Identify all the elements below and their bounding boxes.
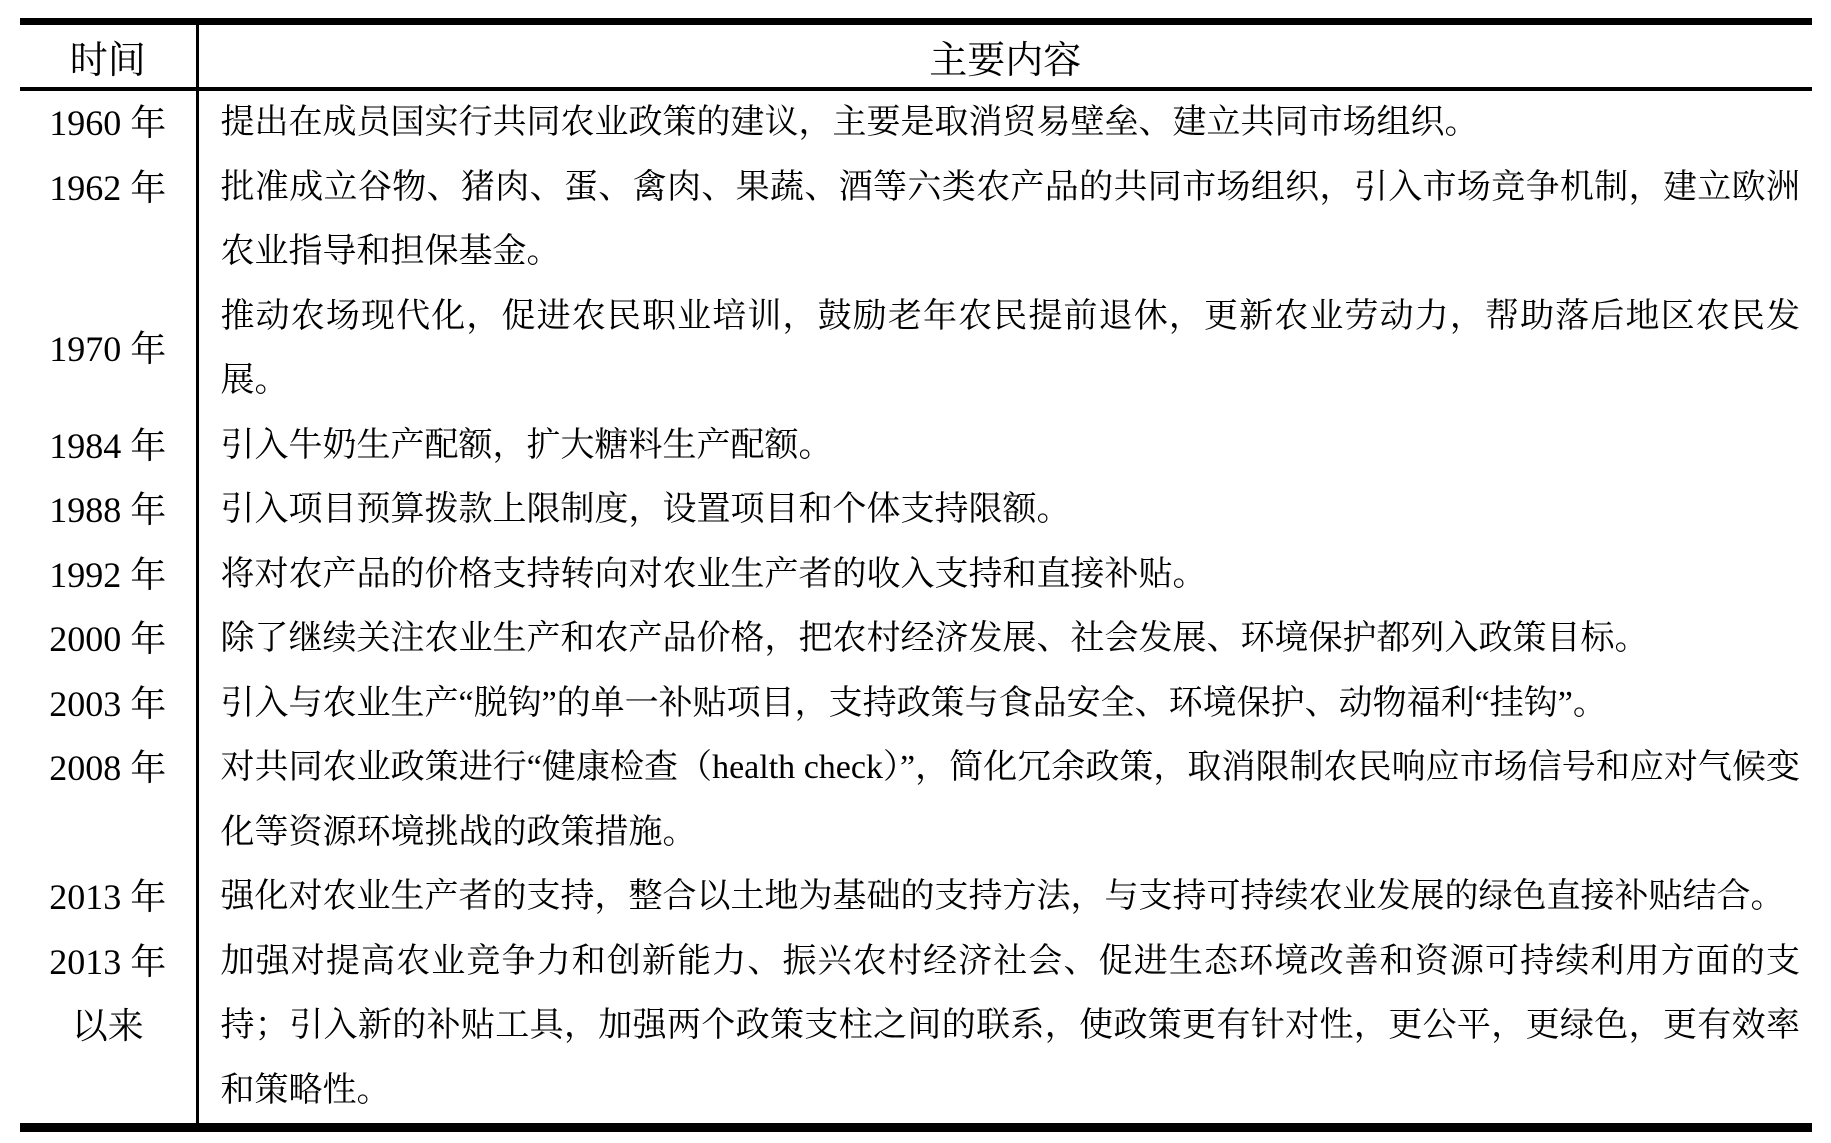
content-cell: 推动农场现代化，促进农民职业培训，鼓励老年农民提前退休，更新农业劳动力，帮助落后… xyxy=(197,285,1812,414)
column-header-time: 时间 xyxy=(20,22,197,90)
content-cell: 引入与农业生产“脱钩”的单一补贴项目，支持政策与食品安全、环境保护、动物福利“挂… xyxy=(197,672,1812,737)
table-row: 2013 年以来 加强对提高农业竞争力和创新能力、振兴农村经济社会、促进生态环境… xyxy=(20,930,1812,1128)
year-cell: 1970 年 xyxy=(20,285,197,414)
content-cell: 引入项目预算拨款上限制度，设置项目和个体支持限额。 xyxy=(197,478,1812,543)
year-label: 1988 年 xyxy=(20,478,196,543)
content-cell: 对共同农业政策进行“健康检查（health check）”，简化冗余政策，取消限… xyxy=(197,736,1812,865)
year-cell: 2008 年 xyxy=(20,736,197,865)
document-page: 时间 主要内容 1960 年 提出在成员国实行共同农业政策的建议，主要是取消贸易… xyxy=(0,0,1831,1143)
table-row: 1960 年 提出在成员国实行共同农业政策的建议，主要是取消贸易壁垒、建立共同市… xyxy=(20,89,1812,156)
table-row: 2003 年 引入与农业生产“脱钩”的单一补贴项目，支持政策与食品安全、环境保护… xyxy=(20,672,1812,737)
table-row: 1984 年 引入牛奶生产配额，扩大糖料生产配额。 xyxy=(20,414,1812,479)
table-row: 2008 年 对共同农业政策进行“健康检查（health check）”，简化冗… xyxy=(20,736,1812,865)
year-cell: 1962 年 xyxy=(20,156,197,285)
table-row: 1992 年 将对农产品的价格支持转向对农业生产者的收入支持和直接补贴。 xyxy=(20,543,1812,608)
column-header-main-content: 主要内容 xyxy=(197,22,1812,90)
content-cell: 除了继续关注农业生产和农产品价格，把农村经济发展、社会发展、环境保护都列入政策目… xyxy=(197,607,1812,672)
table-row: 2013 年 强化对农业生产者的支持，整合以土地为基础的支持方法，与支持可持续农… xyxy=(20,865,1812,930)
year-cell: 1992 年 xyxy=(20,543,197,608)
year-cell: 2013 年 xyxy=(20,865,197,930)
table-header-row: 时间 主要内容 xyxy=(20,22,1812,90)
year-label: 1984 年 xyxy=(20,414,196,479)
year-cell: 1960 年 xyxy=(20,89,197,156)
year-label: 2013 年 xyxy=(20,930,196,995)
year-label: 1992 年 xyxy=(20,543,196,608)
year-label: 2013 年 xyxy=(20,865,196,930)
year-cell: 1984 年 xyxy=(20,414,197,479)
content-cell: 批准成立谷物、猪肉、蛋、禽肉、果蔬、酒等六类农产品的共同市场组织，引入市场竞争机… xyxy=(197,156,1812,285)
year-cell: 2000 年 xyxy=(20,607,197,672)
year-label: 2003 年 xyxy=(20,672,196,737)
year-label: 1960 年 xyxy=(20,91,196,156)
content-cell: 将对农产品的价格支持转向对农业生产者的收入支持和直接补贴。 xyxy=(197,543,1812,608)
table-row: 1962 年 批准成立谷物、猪肉、蛋、禽肉、果蔬、酒等六类农产品的共同市场组织，… xyxy=(20,156,1812,285)
table-row: 1970 年 推动农场现代化，促进农民职业培训，鼓励老年农民提前退休，更新农业劳… xyxy=(20,285,1812,414)
year-label: 1970 年 xyxy=(20,317,196,382)
content-cell: 提出在成员国实行共同农业政策的建议，主要是取消贸易壁垒、建立共同市场组织。 xyxy=(197,89,1812,156)
year-cell: 2013 年以来 xyxy=(20,930,197,1128)
content-cell: 加强对提高农业竞争力和创新能力、振兴农村经济社会、促进生态环境改善和资源可持续利… xyxy=(197,930,1812,1128)
table-body: 1960 年 提出在成员国实行共同农业政策的建议，主要是取消贸易壁垒、建立共同市… xyxy=(20,89,1812,1128)
content-cell: 强化对农业生产者的支持，整合以土地为基础的支持方法，与支持可持续农业发展的绿色直… xyxy=(197,865,1812,930)
year-label: 2008 年 xyxy=(20,736,196,801)
cap-policy-timeline-table: 时间 主要内容 1960 年 提出在成员国实行共同农业政策的建议，主要是取消贸易… xyxy=(20,18,1812,1132)
year-cell: 2003 年 xyxy=(20,672,197,737)
year-label: 1962 年 xyxy=(20,156,196,221)
table-row: 1988 年 引入项目预算拨款上限制度，设置项目和个体支持限额。 xyxy=(20,478,1812,543)
table-row: 2000 年 除了继续关注农业生产和农产品价格，把农村经济发展、社会发展、环境保… xyxy=(20,607,1812,672)
year-label: 以来 xyxy=(20,994,196,1059)
content-cell: 引入牛奶生产配额，扩大糖料生产配额。 xyxy=(197,414,1812,479)
year-label: 2000 年 xyxy=(20,607,196,672)
year-cell: 1988 年 xyxy=(20,478,197,543)
